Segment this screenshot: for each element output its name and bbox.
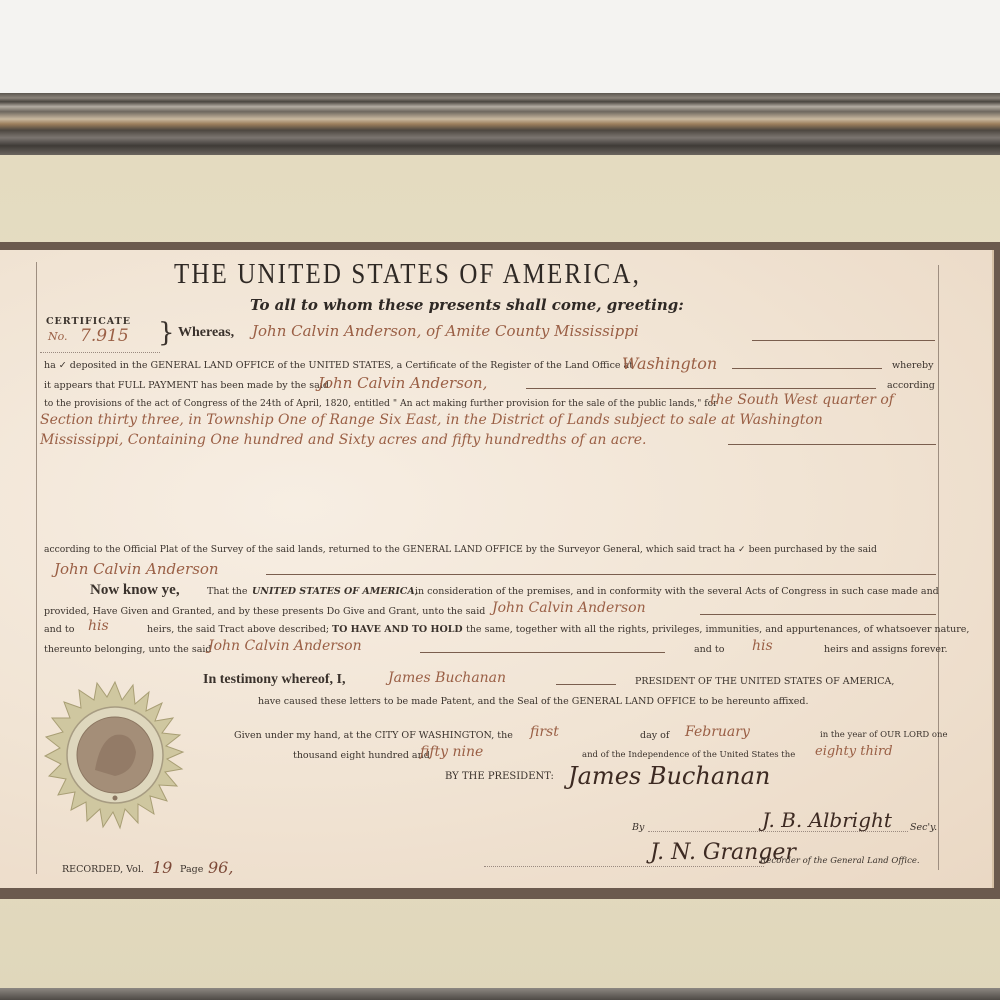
body-line-9: have caused these letters to be made Pat… bbox=[258, 696, 808, 707]
certificate-number: 7.915 bbox=[80, 326, 129, 346]
by-the-president: BY THE PRESIDENT: bbox=[445, 771, 554, 782]
picture-frame-bottom bbox=[0, 988, 1000, 1000]
secretary-title: Sec'y. bbox=[910, 822, 937, 833]
day-handwritten: first bbox=[530, 724, 559, 740]
body-line-5b: in consideration of the premises, and in… bbox=[415, 586, 939, 597]
brace: } bbox=[158, 318, 175, 348]
body-line-3: to the provisions of the act of Congress… bbox=[44, 398, 718, 409]
recorded-label: RECORDED, Vol. bbox=[62, 864, 144, 875]
given-line-d: thousand eight hundred and bbox=[293, 750, 430, 761]
by-label: By bbox=[632, 822, 644, 833]
grantee-name-handwritten: John Calvin Anderson, bbox=[318, 374, 487, 392]
testimony-text: In testimony whereof, I, bbox=[203, 672, 345, 688]
president-title: PRESIDENT OF THE UNITED STATES OF AMERIC… bbox=[635, 676, 894, 687]
body-line-8b: and to bbox=[694, 644, 724, 655]
tract-handwritten-2: Section thirty three, in Township One of… bbox=[40, 412, 823, 428]
according-text: according bbox=[887, 380, 935, 391]
fill-line bbox=[752, 340, 935, 341]
fill-line bbox=[266, 574, 936, 575]
body-line-4: according to the Official Plat of the Su… bbox=[44, 544, 877, 555]
president-signature: James Buchanan bbox=[568, 762, 770, 790]
recorder-title: Recorder of the General Land Office. bbox=[760, 856, 920, 866]
body-line-6: provided, Have Given and Granted, and by… bbox=[44, 606, 485, 617]
body-line-7a: and to bbox=[44, 624, 74, 635]
fill-line bbox=[700, 614, 936, 615]
whereby-text: whereby bbox=[892, 360, 933, 371]
page-label: Page bbox=[180, 864, 203, 875]
tract-handwritten-3: Mississippi, Containing One hundred and … bbox=[40, 432, 647, 448]
month-handwritten: February bbox=[685, 724, 750, 740]
purchaser-handwritten: John Calvin Anderson bbox=[54, 560, 219, 578]
recorded-volume-handwritten: 19 bbox=[152, 858, 172, 877]
grantee-full-handwritten: John Calvin Anderson, of Amite County Mi… bbox=[252, 322, 639, 340]
signature-line bbox=[484, 866, 764, 867]
right-margin-rule bbox=[938, 265, 939, 870]
fill-line bbox=[526, 388, 876, 389]
tract-handwritten-1: the South West quarter of bbox=[710, 392, 894, 408]
usa-italic: UNITED STATES OF AMERICA, bbox=[252, 586, 418, 597]
body-line-8a: thereunto belonging, unto the said bbox=[44, 644, 211, 655]
his-handwritten-2: his bbox=[752, 638, 773, 654]
whereas-text: Whereas, bbox=[178, 325, 234, 341]
grantee-2-handwritten: John Calvin Anderson bbox=[492, 600, 646, 616]
body-line-7b: heirs, the said Tract above described; bbox=[147, 624, 329, 635]
land-office-handwritten: Washington bbox=[622, 354, 717, 373]
document-title: THE UNITED STATES OF AMERICA, bbox=[174, 258, 641, 291]
document-subtitle: To all to whom these presents shall come… bbox=[250, 296, 684, 314]
president-name-handwritten: James Buchanan bbox=[388, 670, 506, 686]
secretary-signature: J. B. Albright bbox=[762, 808, 892, 832]
left-margin-rule bbox=[36, 262, 37, 874]
general-land-office-seal-icon bbox=[40, 680, 190, 830]
fill-line bbox=[732, 368, 882, 369]
independence-year-handwritten: eighty third bbox=[815, 744, 893, 759]
body-line-5a: That the bbox=[207, 586, 248, 597]
fill-line bbox=[556, 684, 616, 685]
body-line-7c: the same, together with all the rights, … bbox=[466, 624, 969, 635]
fill-line bbox=[728, 444, 936, 445]
picture-frame-top bbox=[0, 93, 1000, 155]
given-line-e: and of the Independence of the United St… bbox=[582, 750, 795, 760]
grantee-3-handwritten: John Calvin Anderson bbox=[208, 638, 362, 654]
given-line-c: in the year of OUR LORD one bbox=[820, 730, 948, 740]
given-line-a: Given under my hand, at the CITY OF WASH… bbox=[234, 730, 513, 741]
fill-line bbox=[420, 652, 665, 653]
his-handwritten-1: his bbox=[88, 618, 109, 634]
certificate-no-prefix: No. bbox=[48, 330, 68, 343]
body-line-2: it appears that FULL PAYMENT has been ma… bbox=[44, 380, 329, 391]
given-line-b: day of bbox=[640, 730, 669, 741]
recorded-page-handwritten: 96, bbox=[208, 858, 233, 877]
to-have-and-to-hold: TO HAVE AND TO HOLD bbox=[332, 624, 463, 635]
now-know-ye: Now know ye, bbox=[90, 582, 180, 599]
body-line-8c: heirs and assigns forever. bbox=[824, 644, 948, 655]
body-line-1: ha ✓ deposited in the GENERAL LAND OFFIC… bbox=[44, 360, 633, 371]
year-handwritten: fifty nine bbox=[420, 744, 483, 760]
